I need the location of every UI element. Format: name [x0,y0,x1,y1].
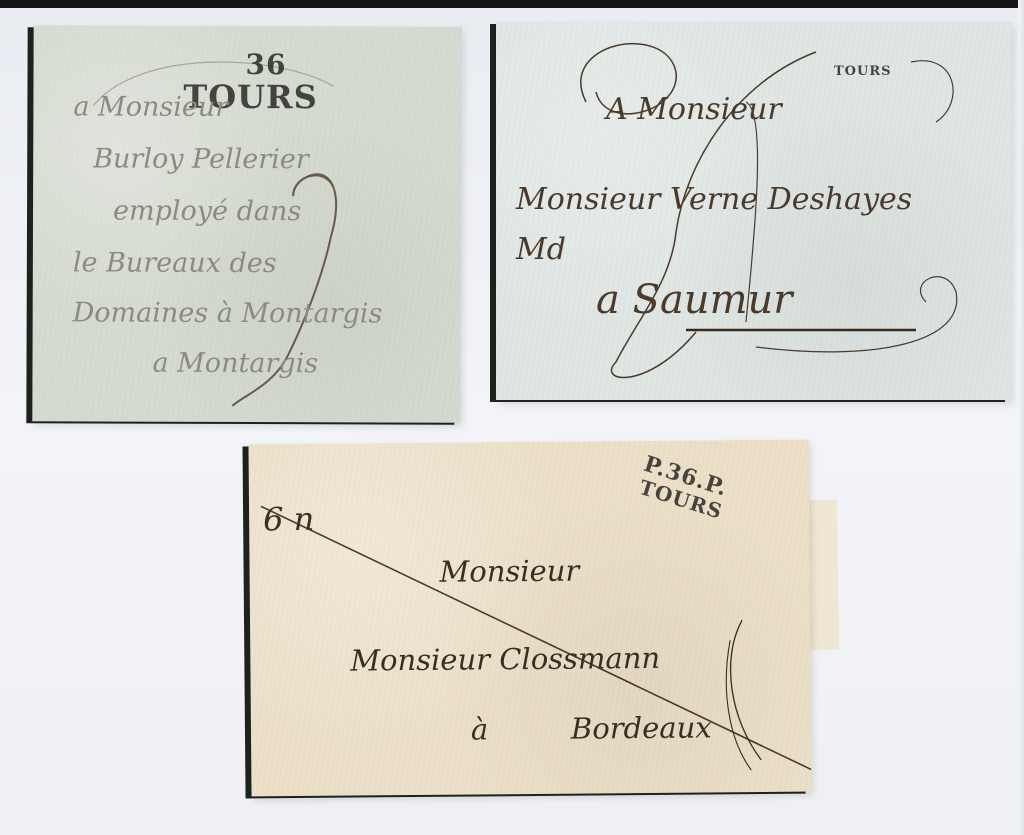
rate-mark: 6 n [263,500,314,538]
letter-saumur: TOURS A Monsieur Monsieur Verne Deshayes… [496,22,1011,400]
address-line: Bordeaux [571,710,712,745]
address-line: à [471,712,489,746]
address-line: Domaines à Montargis [73,297,383,329]
address-line: Monsieur Clossmann [350,641,660,678]
scanner-edge [0,0,1024,8]
address-line: Md [516,232,566,267]
postmark-number: 36 [245,48,286,81]
letter-3-ink-strokes [248,440,811,797]
letter-bordeaux: P.36.P. TOURS 6 n Monsieur Monsieur Clos… [248,440,811,797]
address-line: employé dans [113,196,301,228]
address-line: a Monsieur [73,91,228,123]
address-line: Monsieur Verne Deshayes [516,182,912,217]
scanner-edge-right [1018,0,1024,835]
address-line: le Bureaux des [73,247,277,279]
paper-texture [248,440,811,797]
address-line: Burloy Pellerier [93,143,309,175]
letter-montargis: 36 TOURS a Monsieur Burloy Pellerier emp… [32,25,461,422]
address-line: Monsieur [439,554,579,589]
address-line: a Montargis [152,348,318,380]
postmark-town: TOURS [834,64,892,79]
address-line: a Saumur [596,277,792,323]
